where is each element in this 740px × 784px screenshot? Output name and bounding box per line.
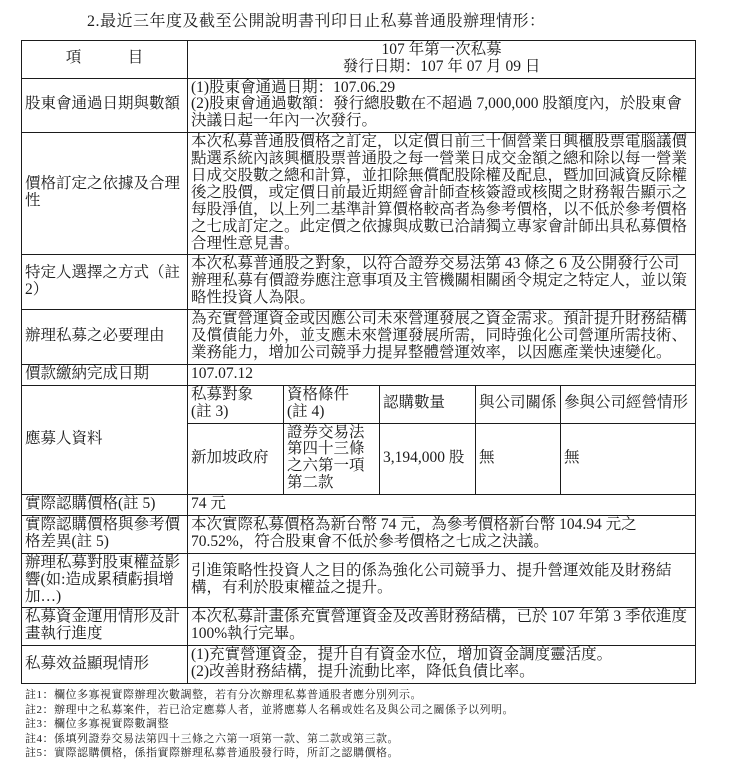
applicant-value-target: 新加坡政府: [188, 423, 284, 495]
row-label: 實際認購價格(註 5): [22, 495, 188, 516]
offering-header-cell: 107 年第一次私募 發行日期：107 年 07 月 09 日: [188, 40, 696, 78]
row-label: 特定人選擇之方式（註2）: [22, 255, 188, 310]
table-row-pricing-basis: 價格訂定之依據及合理性 本次私募普通股價格之訂定，以定價日前三十個營業日興櫃股票…: [22, 133, 696, 255]
table-row-payment-completion-date: 價款繳納完成日期 107.07.12: [22, 364, 696, 385]
footnote-2: 註2：辦理中之私募案件，若已洽定應募人者，並將應募人名稱或姓名及與公司之關係予以…: [25, 703, 719, 718]
table-row-applicant-header: 應募人資料 私募對象 (註 3) 資格條件 (註 4) 認購數量 與公司關係 參…: [22, 385, 696, 423]
row-content: 107.07.12: [188, 364, 696, 385]
applicant-value-participation: 無: [561, 423, 696, 495]
table-row-fund-utilization-progress: 私募資金運用情形及計畫執行進度 本次私募計畫係充實營運資金及改善財務結構，已於 …: [22, 608, 696, 646]
table-row-shareholder-approval: 股東會通過日期與數額 (1)股東會通過日期：107.06.29 (2)股東會通過…: [22, 78, 696, 133]
table-row-price-difference: 實際認購價格與參考價格差異(註 5) 本次實際私募價格為新台幣 74 元，為參考…: [22, 515, 696, 553]
private-placement-table: 項 目 107 年第一次私募 發行日期：107 年 07 月 09 日 股東會通…: [21, 40, 696, 684]
row-label: 辦理私募對股東權益影響(如:造成累積虧損增加…): [22, 553, 188, 608]
row-content: 本次實際私募價格為新台幣 74 元，為參考價格新台幣 104.94 元之 70.…: [188, 515, 696, 553]
row-label: 應募人資料: [22, 385, 188, 494]
row-content: 本次私募普通股價格之訂定，以定價日前三十個營業日興櫃股票電腦議價點選系統內該興櫃…: [188, 133, 696, 255]
row-label: 價款繳納完成日期: [22, 364, 188, 385]
row-content: 74 元: [188, 495, 696, 516]
row-label: 實際認購價格與參考價格差異(註 5): [22, 515, 188, 553]
document-page: 2.最近三年度及截至公開說明書刊印日止私募普通股辦理情形： 項 目 107 年第…: [0, 0, 740, 784]
applicant-value-relation: 無: [476, 423, 561, 495]
footnote-4: 註4：係填列證券交易法第四十三條之六第一項第一款、第二款或第三款。: [25, 732, 719, 747]
row-content: 本次私募普通股之對象，以符合證券交易法第 43 條之 6 及公開發行公司辦理私募…: [188, 255, 696, 310]
applicant-col-header-quantity: 認購數量: [380, 385, 476, 423]
applicant-value-qualification: 證券交易法第四十三條之六第一項第二款: [284, 423, 380, 495]
table-row-benefit-realization: 私募效益顯現情形 (1)充實營運資金，提升自有資金水位，增加資金調度靈活度。 (…: [22, 646, 696, 684]
footnotes-section: 註1：欄位多寡視實際辦理次數調整，若有分次辦理私募普通股者應分別列示。 註2：辦…: [21, 688, 719, 761]
row-label: 辦理私募之必要理由: [22, 310, 188, 365]
table-row-shareholder-equity-impact: 辦理私募對股東權益影響(如:造成累積虧損增加…) 引進策略性投資人之目的係為強化…: [22, 553, 696, 608]
row-content: 為充實營運資金或因應公司未來營運發展之資金需求。預計提升財務結構及償債能力外，並…: [188, 310, 696, 365]
applicant-value-quantity: 3,194,000 股: [380, 423, 476, 495]
row-content: (1)充實營運資金，提升自有資金水位，增加資金調度靈活度。 (2)改善財務結構，…: [188, 646, 696, 684]
applicant-col-header-relation: 與公司關係: [476, 385, 561, 423]
table-row-actual-subscription-price: 實際認購價格(註 5) 74 元: [22, 495, 696, 516]
footnote-3: 註3：欄位多寡視實際數調整: [25, 717, 719, 732]
table-header-row: 項 目 107 年第一次私募 發行日期：107 年 07 月 09 日: [22, 40, 696, 78]
row-label: 股東會通過日期與數額: [22, 78, 188, 133]
applicant-col-header-target: 私募對象 (註 3): [188, 385, 284, 423]
table-row-necessity-reason: 辦理私募之必要理由 為充實營運資金或因應公司未來營運發展之資金需求。預計提升財務…: [22, 310, 696, 365]
footnote-5: 註5：實際認購價格，係指實際辦理私募普通股發行時，所訂之認購價格。: [25, 746, 719, 761]
footnote-1: 註1：欄位多寡視實際辦理次數調整，若有分次辦理私募普通股者應分別列示。: [25, 688, 719, 703]
offering-date: 發行日期：107 年 07 月 09 日: [191, 59, 692, 76]
row-label: 私募資金運用情形及計畫執行進度: [22, 608, 188, 646]
row-content: (1)股東會通過日期：107.06.29 (2)股東會通過數額：發行總股數在不超…: [188, 78, 696, 133]
row-content: 本次私募計畫係充實營運資金及改善財務結構，已於 107 年第 3 季依進度 10…: [188, 608, 696, 646]
applicant-col-header-qualification: 資格條件 (註 4): [284, 385, 380, 423]
row-label: 私募效益顯現情形: [22, 646, 188, 684]
items-header-cell: 項 目: [22, 40, 188, 78]
row-content: 引進策略性投資人之目的係為強化公司競爭力、提升營運效能及財務結構，有利於股東權益…: [188, 553, 696, 608]
table-row-specific-person-selection: 特定人選擇之方式（註2） 本次私募普通股之對象，以符合證券交易法第 43 條之 …: [22, 255, 696, 310]
document-title: 2.最近三年度及截至公開說明書刊印日止私募普通股辦理情形：: [87, 12, 719, 33]
applicant-col-header-participation: 參與公司經營情形: [561, 385, 696, 423]
row-label: 價格訂定之依據及合理性: [22, 133, 188, 255]
offering-title: 107 年第一次私募: [191, 42, 692, 59]
